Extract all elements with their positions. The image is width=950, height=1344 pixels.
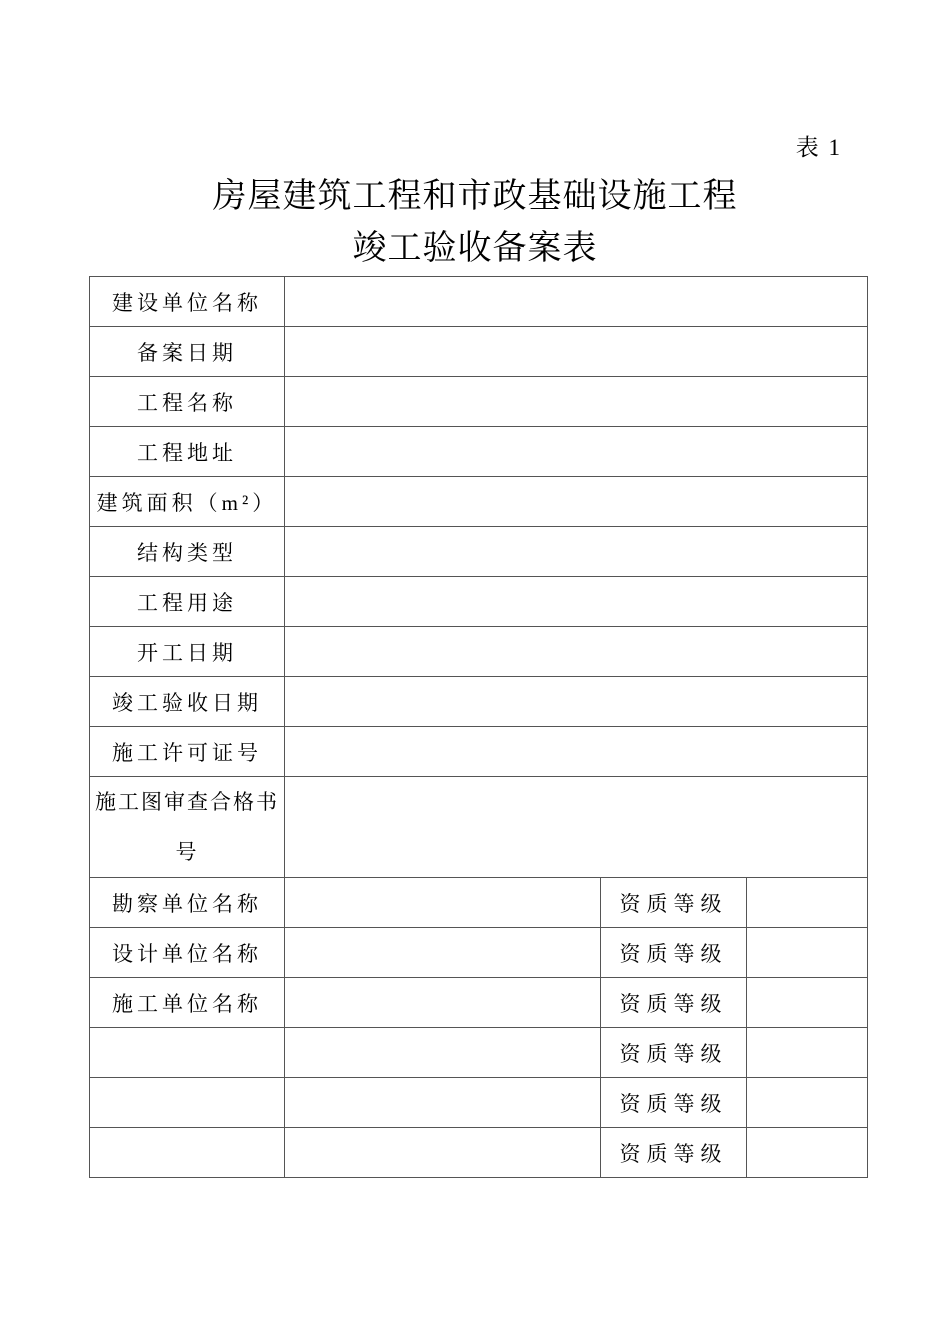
unit-name-label: 施工单位名称: [90, 978, 285, 1028]
field-value-cell[interactable]: [285, 577, 868, 627]
field-label: 工程用途: [90, 577, 285, 627]
unit-name-value-cell[interactable]: [285, 928, 601, 978]
field-label: 结构类型: [90, 527, 285, 577]
table-row: 资质等级: [90, 1028, 868, 1078]
table-row: 工程名称: [90, 377, 868, 427]
table-row: 施工图审查合格书号: [90, 777, 868, 878]
table-row: 结构类型: [90, 527, 868, 577]
field-label: 竣工验收日期: [90, 677, 285, 727]
field-value-cell[interactable]: [285, 327, 868, 377]
table-row: 备案日期: [90, 327, 868, 377]
qualification-grade-label: 资质等级: [601, 1078, 747, 1128]
field-value-cell[interactable]: [285, 777, 868, 878]
table-row: 建设单位名称: [90, 277, 868, 327]
qualification-grade-value-cell[interactable]: [747, 1128, 868, 1178]
field-value-cell[interactable]: [285, 377, 868, 427]
qualification-grade-value-cell[interactable]: [747, 928, 868, 978]
qualification-grade-value-cell[interactable]: [747, 978, 868, 1028]
table-row: 资质等级: [90, 1078, 868, 1128]
field-label: 工程名称: [90, 377, 285, 427]
table-row: 施工许可证号: [90, 727, 868, 777]
unit-name-label: [90, 1078, 285, 1128]
unit-name-value-cell[interactable]: [285, 1128, 601, 1178]
unit-name-value-cell[interactable]: [285, 978, 601, 1028]
unit-name-label: 勘察单位名称: [90, 878, 285, 928]
unit-name-value-cell[interactable]: [285, 1028, 601, 1078]
qualification-grade-label: 资质等级: [601, 978, 747, 1028]
qualification-grade-label: 资质等级: [601, 1028, 747, 1078]
document-title: 房屋建筑工程和市政基础设施工程 竣工验收备案表: [0, 171, 950, 275]
table-row: 工程地址: [90, 427, 868, 477]
field-value-cell[interactable]: [285, 677, 868, 727]
field-value-cell[interactable]: [285, 427, 868, 477]
table-row: 资质等级: [90, 1128, 868, 1178]
table-row: 工程用途: [90, 577, 868, 627]
table-row: 开工日期: [90, 627, 868, 677]
field-label: 开工日期: [90, 627, 285, 677]
document-title-line1: 房屋建筑工程和市政基础设施工程: [0, 171, 950, 223]
table-row: 设计单位名称资质等级: [90, 928, 868, 978]
unit-name-value-cell[interactable]: [285, 1078, 601, 1128]
field-value-cell[interactable]: [285, 477, 868, 527]
qualification-grade-label: 资质等级: [601, 878, 747, 928]
qualification-grade-label: 资质等级: [601, 928, 747, 978]
table-number-label: 表 1: [796, 129, 842, 162]
field-label: 备案日期: [90, 327, 285, 377]
field-label: 工程地址: [90, 427, 285, 477]
unit-name-label: [90, 1028, 285, 1078]
field-value-cell[interactable]: [285, 627, 868, 677]
unit-name-label: [90, 1128, 285, 1178]
field-value-cell[interactable]: [285, 527, 868, 577]
qualification-grade-value-cell[interactable]: [747, 1028, 868, 1078]
unit-name-value-cell[interactable]: [285, 878, 601, 928]
qualification-grade-label: 资质等级: [601, 1128, 747, 1178]
field-label: 施工许可证号: [90, 727, 285, 777]
field-label: 建设单位名称: [90, 277, 285, 327]
table-row: 竣工验收日期: [90, 677, 868, 727]
field-label: 施工图审查合格书号: [90, 777, 285, 878]
document-page: 表 1 房屋建筑工程和市政基础设施工程 竣工验收备案表 建设单位名称备案日期工程…: [0, 0, 950, 1344]
table-row: 勘察单位名称资质等级: [90, 878, 868, 928]
field-label: 建筑面积（m²）: [90, 477, 285, 527]
field-value-cell[interactable]: [285, 277, 868, 327]
qualification-grade-value-cell[interactable]: [747, 1078, 868, 1128]
form-table: 建设单位名称备案日期工程名称工程地址建筑面积（m²）结构类型工程用途开工日期竣工…: [89, 276, 868, 1178]
qualification-grade-value-cell[interactable]: [747, 878, 868, 928]
unit-name-label: 设计单位名称: [90, 928, 285, 978]
table-row: 施工单位名称资质等级: [90, 978, 868, 1028]
field-value-cell[interactable]: [285, 727, 868, 777]
table-row: 建筑面积（m²）: [90, 477, 868, 527]
document-title-line2: 竣工验收备案表: [0, 223, 950, 275]
